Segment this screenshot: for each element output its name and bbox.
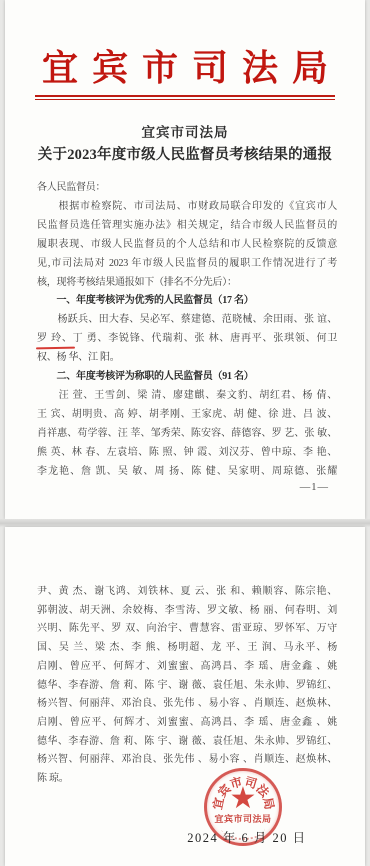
text-line: 杨兴智、何丽萍、邓治良、张先伟 、易小容 、肖顺连、赵焕林、 bbox=[37, 751, 337, 770]
text-line: 杨兴智、何丽萍、邓治良、张先伟 、易小容 、肖顺连、赵焕林、 bbox=[37, 695, 337, 714]
page-2: 尹、黄 杰、谢飞鸿、刘铁林、夏 云、张 和、赖顺容、陈宗艳、郭朝波、胡天洲、余姣… bbox=[5, 527, 365, 866]
text-line: 履职表现、市级人民监督员的个人总结和市人民检察院的反馈意 bbox=[37, 236, 337, 255]
page-gap bbox=[0, 519, 370, 527]
doc-title-line1: 宜宾市司法局 bbox=[5, 124, 365, 141]
text-line: 民监督员选任管理实施办法》相关规定，结合市级人民监督员的 bbox=[37, 217, 337, 236]
text-line: 一、年度考核评为优秀的人民监督员（17 名） bbox=[37, 292, 337, 311]
text-line: 二、年度考核评为称职的人民监督员（91 名） bbox=[37, 368, 337, 387]
text-line: 兴明、陈先平、罗 双、向治宇、曹慧容、雷亚琼、罗怀军、万守 bbox=[37, 620, 337, 639]
text-line: 罗 玲、丁 勇、李锐锋、代瑞莉、张 林、唐再平、张琪领、何卫 bbox=[37, 330, 337, 349]
text-line: 启刚、曾应平、何辉才、刘蜜蜜、高鸿昌、李 瑶、唐金鑫 、姚 bbox=[37, 658, 337, 677]
masthead-rule bbox=[35, 95, 335, 100]
text-line: 熊 英、林 春、左袁培、陈 照、钟 霞、刘汉芬、曾中琼、李 艳、 bbox=[37, 444, 337, 463]
page1-body-text: 各人民监督员： 根据市检察院、市司法局、市财政局联合印发的《宜宾市人民监督员选任… bbox=[37, 179, 337, 482]
text-line: 李龙艳、詹 凯、吴 敏、周 扬、陈 健、吴家明、周琼德、张耀 bbox=[37, 463, 337, 482]
text-line: 各人民监督员： bbox=[37, 179, 337, 198]
text-line: 王 宾、胡明贵、高 婷、胡孝刚、王家虎、胡 健、徐 进、吕 波、 bbox=[37, 406, 337, 425]
text-line: 肖祥惠、苟学蓉、汪 莘、邹秀荣、陈安容、薛德容、罗 艺、张 敏、 bbox=[37, 425, 337, 444]
text-line: 陈 琼。 bbox=[37, 770, 337, 789]
text-line: 见,市司法局对 2023 年市级人民监督员的履职工作情况进行了考 bbox=[37, 255, 337, 274]
text-line: 权、杨 华、江 阳。 bbox=[37, 349, 337, 368]
text-line: 德华、李春游、詹 莉、陈 宇、谢 薇、袁任旭、朱永帅、罗锦红、 bbox=[37, 733, 337, 752]
text-line: 郭朝波、胡天洲、余姣梅、李雪涛、罗文敏、杨 丽、何春明、刘 bbox=[37, 602, 337, 621]
text-line: 杨跃兵、田大春、吴必军、蔡建德、范晓械、余田雨、张 谊、 bbox=[37, 311, 337, 330]
agency-masthead: 宜宾市司法局 bbox=[5, 44, 365, 92]
doc-title-line2: 关于2023年度市级人民监督员考核结果的通报 bbox=[5, 145, 365, 165]
document-scan: 宜宾市司法局 宜宾市司法局 关于2023年度市级人民监督员考核结果的通报 各人民… bbox=[0, 0, 370, 866]
text-line: 启刚、曾应平、何辉才、刘蜜蜜、高鸿昌、李 瑶、唐金鑫 、姚 bbox=[37, 714, 337, 733]
page-1: 宜宾市司法局 宜宾市司法局 关于2023年度市级人民监督员考核结果的通报 各人民… bbox=[5, 0, 365, 519]
text-line: 德华、李春游、詹 莉、陈 宇、谢 薇、袁任旭、朱永帅、罗锦红、 bbox=[37, 677, 337, 696]
text-line: 尹、黄 杰、谢飞鸿、刘铁林、夏 云、张 和、赖顺容、陈宗艳、 bbox=[37, 583, 337, 602]
text-line: 根据市检察院、市司法局、市财政局联合印发的《宜宾市人 bbox=[37, 198, 337, 217]
page2-body-text: 尹、黄 杰、谢飞鸿、刘铁林、夏 云、张 和、赖顺容、陈宗艳、郭朝波、胡天洲、余姣… bbox=[37, 583, 337, 789]
text-line: 国、吴 兰、梁 杰、李 熊、杨明超、龙 平、王 润、马永平、杨 bbox=[37, 639, 337, 658]
issue-date: 2024 年 6 月 20 日 bbox=[147, 828, 347, 846]
star-icon: ★ bbox=[230, 784, 257, 814]
page-number: —1— bbox=[5, 482, 365, 493]
text-line: 核，现将考核结果通报如下（排名不分先后）： bbox=[37, 274, 337, 293]
text-line: 汪 萱、王雪剑、梁 清、廖建麒、秦文豹、胡红君、杨 倩、 bbox=[37, 387, 337, 406]
